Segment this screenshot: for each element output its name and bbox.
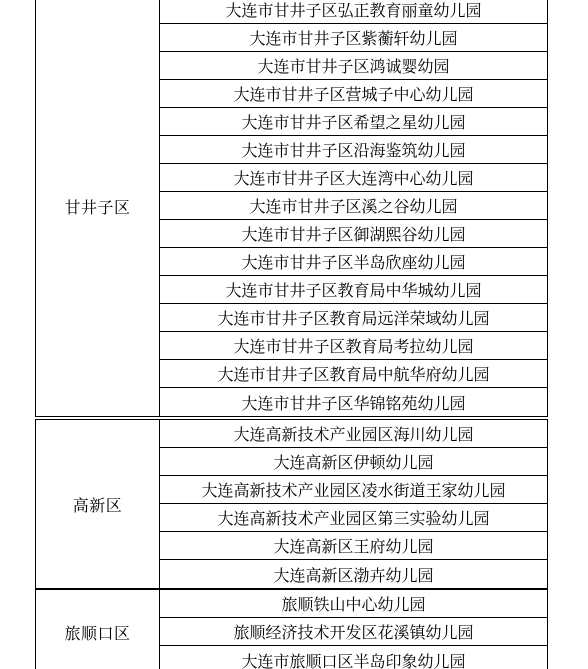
kindergarten-cell: 旅顺铁山中心幼儿园 <box>160 590 547 618</box>
kindergarten-cell: 大连高新区王府幼儿园 <box>160 532 547 560</box>
kindergarten-cell: 大连市甘井子区半岛欣座幼儿园 <box>160 248 547 276</box>
document-page: 甘井子区 大连市甘井子区弘正教育丽童幼儿园 大连市甘井子区紫蘅轩幼儿园 大连市甘… <box>0 0 588 669</box>
kindergarten-cell: 大连市甘井子区鸿诚婴幼园 <box>160 52 547 80</box>
kindergarten-cell: 大连市甘井子区御湖熙谷幼儿园 <box>160 220 547 248</box>
kindergarten-cell: 大连高新区伊顿幼儿园 <box>160 448 547 476</box>
kindergarten-cell: 大连市甘井子区教育局中华城幼儿园 <box>160 276 547 304</box>
kindergarten-cell: 大连市甘井子区溪之谷幼儿园 <box>160 192 547 220</box>
kindergarten-cell: 大连高新区渤卉幼儿园 <box>160 560 547 588</box>
district-cell: 甘井子区 <box>35 0 160 416</box>
kindergarten-cell: 大连市甘井子区希望之星幼儿园 <box>160 108 547 136</box>
kindergarten-cell: 大连市甘井子区教育局远洋荣域幼儿园 <box>160 304 547 332</box>
kindergarten-cell: 大连市甘井子区营城子中心幼儿园 <box>160 80 547 108</box>
kindergarten-rows: 大连市甘井子区弘正教育丽童幼儿园 大连市甘井子区紫蘅轩幼儿园 大连市甘井子区鸿诚… <box>160 0 548 416</box>
kindergarten-table: 甘井子区 大连市甘井子区弘正教育丽童幼儿园 大连市甘井子区紫蘅轩幼儿园 大连市甘… <box>35 0 548 669</box>
kindergarten-cell: 大连高新技术产业园区凌水街道王家幼儿园 <box>160 476 547 504</box>
kindergarten-cell: 大连高新技术产业园区第三实验幼儿园 <box>160 504 547 532</box>
kindergarten-cell: 大连市甘井子区教育局考拉幼儿园 <box>160 332 547 360</box>
table-section-ganjingzi: 甘井子区 大连市甘井子区弘正教育丽童幼儿园 大连市甘井子区紫蘅轩幼儿园 大连市甘… <box>35 0 548 420</box>
kindergarten-rows: 大连高新技术产业园区海川幼儿园 大连高新区伊顿幼儿园 大连高新技术产业园区凌水街… <box>160 420 548 588</box>
district-cell: 旅顺口区 <box>35 590 160 669</box>
kindergarten-cell: 大连市甘井子区华锦铭苑幼儿园 <box>160 388 547 416</box>
district-cell: 高新区 <box>35 420 160 588</box>
kindergarten-cell: 大连市甘井子区大连湾中心幼儿园 <box>160 164 547 192</box>
kindergarten-rows: 旅顺铁山中心幼儿园 旅顺经济技术开发区花溪镇幼儿园 大连市旅顺口区半岛印象幼儿园 <box>160 590 548 669</box>
table-section-gaoxin: 高新区 大连高新技术产业园区海川幼儿园 大连高新区伊顿幼儿园 大连高新技术产业园… <box>35 420 548 590</box>
kindergarten-cell: 大连市甘井子区弘正教育丽童幼儿园 <box>160 0 547 24</box>
kindergarten-cell: 大连市甘井子区沿海鉴筑幼儿园 <box>160 136 547 164</box>
kindergarten-cell: 大连市甘井子区紫蘅轩幼儿园 <box>160 24 547 52</box>
kindergarten-cell: 大连市甘井子区教育局中航华府幼儿园 <box>160 360 547 388</box>
kindergarten-cell: 大连市旅顺口区半岛印象幼儿园 <box>160 646 547 669</box>
kindergarten-cell: 大连高新技术产业园区海川幼儿园 <box>160 420 547 448</box>
table-section-lushunkou: 旅顺口区 旅顺铁山中心幼儿园 旅顺经济技术开发区花溪镇幼儿园 大连市旅顺口区半岛… <box>35 590 548 669</box>
kindergarten-cell: 旅顺经济技术开发区花溪镇幼儿园 <box>160 618 547 646</box>
